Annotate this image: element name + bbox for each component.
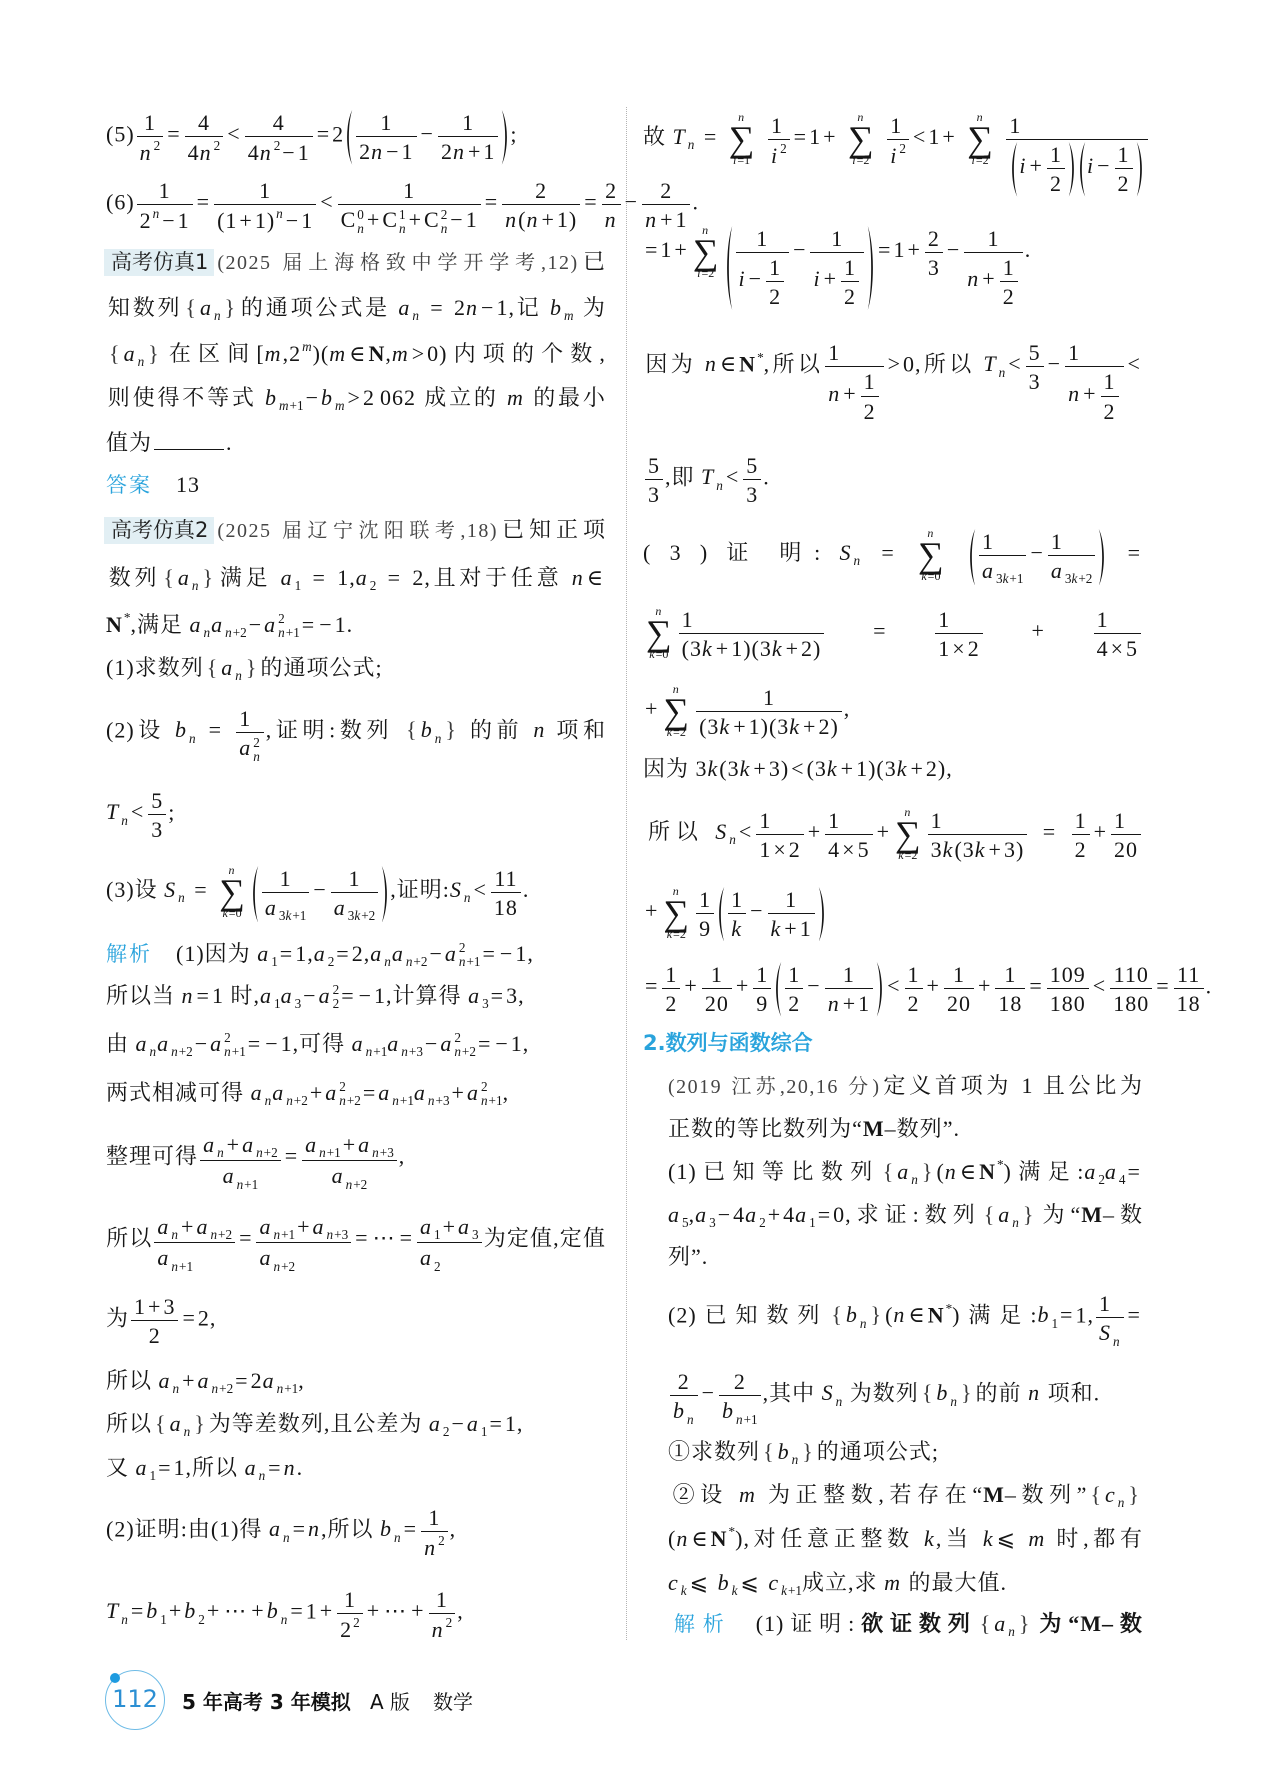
- numerator: 1: [861, 369, 879, 396]
- math-variable: b: [184, 1598, 197, 1623]
- math-variable: a: [1051, 558, 1064, 583]
- numerator: 1+3: [131, 1294, 178, 1321]
- math-variable: n: [392, 1093, 400, 1108]
- math-variable: m: [265, 341, 283, 366]
- right-brace: }: [1023, 1202, 1035, 1227]
- inequality-item-6: (6)12n−1=1(1+1)n−1<1C0n+C1n+C2n−1=2n(n+1…: [106, 178, 699, 235]
- numerator: 1: [356, 110, 416, 137]
- subscript: n+1: [171, 1259, 193, 1274]
- math-variable: n: [533, 717, 546, 742]
- subscript: n: [1008, 1624, 1016, 1639]
- math-operator: −: [282, 140, 295, 165]
- math-variable: a: [124, 341, 137, 366]
- math-operator: =: [673, 725, 680, 739]
- math-variable: n: [357, 221, 365, 236]
- math-operator: >: [348, 385, 361, 410]
- left-paren-icon: [774, 962, 782, 1017]
- superscript: 2: [438, 1533, 445, 1548]
- denominator: a3k+2: [331, 892, 378, 922]
- math-variable: n: [286, 1093, 294, 1108]
- superscript: 2: [454, 1031, 476, 1045]
- math-variable: k: [789, 714, 801, 739]
- math-variable: S: [715, 819, 728, 844]
- math-variable: a: [378, 1080, 391, 1105]
- math-variable: b: [722, 1398, 735, 1423]
- math-variable: n: [836, 1394, 844, 1409]
- math-operator: +: [353, 1177, 360, 1192]
- numerator: 2: [925, 226, 943, 253]
- solution-line: n∑k=01(3k+1)(3k+2) = 11×2 + 14×5: [643, 605, 1143, 661]
- lower-limit: k=0: [921, 570, 940, 583]
- math-variable: a: [332, 1163, 345, 1188]
- subscript: k: [681, 1583, 688, 1598]
- math-operator: +: [182, 1368, 195, 1393]
- superscript: 2: [339, 1080, 361, 1094]
- fraction: an+1+an+3an+2: [256, 1214, 351, 1273]
- lower-limit: i=1: [733, 154, 750, 167]
- left-paren-icon: [717, 887, 725, 942]
- math-operator: ×: [1111, 636, 1124, 661]
- fraction: 1n+12: [1065, 340, 1123, 424]
- sigma-icon: ∑: [693, 237, 719, 267]
- fraction: 11×2: [756, 808, 803, 863]
- denominator: 3: [1026, 367, 1044, 395]
- math-operator: =: [167, 121, 180, 146]
- math-variable: b: [265, 385, 278, 410]
- script-stack: 0n: [357, 208, 365, 236]
- math-variable: a: [157, 1245, 170, 1270]
- superscript: 2: [274, 138, 281, 153]
- numerator: 5: [743, 453, 761, 480]
- math-operator: +: [361, 908, 368, 923]
- example-line: ck⩽ bk⩽ ck+1成立,求 m 的最大值.: [668, 1570, 1007, 1597]
- math-variable: n: [327, 1227, 335, 1242]
- math-operator: =: [302, 612, 315, 637]
- denominator: an+1: [154, 1243, 235, 1273]
- numerator: 1: [964, 226, 1022, 253]
- math-variable: n: [453, 139, 466, 164]
- denominator: 20: [944, 989, 974, 1017]
- subscript: n: [214, 308, 222, 323]
- math-variable: n: [225, 625, 233, 640]
- math-variable: n: [212, 1381, 220, 1396]
- subscript: m+1: [279, 398, 304, 413]
- lower-limit: i=2: [972, 154, 989, 167]
- problem-2-part-1: (1)求数列{an}的通项公式;: [106, 655, 383, 682]
- parenthesized-group: 1a3k+1−1a3k+2: [251, 866, 389, 923]
- subscript: n+2: [212, 1381, 234, 1396]
- math-operator: +: [169, 1598, 182, 1623]
- math-operator: =: [235, 1368, 248, 1393]
- math-operator: +: [297, 1214, 310, 1239]
- math-variable: a: [200, 295, 213, 320]
- section-heading: 2.数列与函数综合: [643, 1031, 813, 1055]
- denominator: Sn: [1096, 1318, 1124, 1348]
- lower-limit: i=2: [697, 267, 714, 280]
- math-operator: =: [584, 189, 597, 214]
- math-operator: +: [294, 1093, 301, 1108]
- denominator: 22: [337, 1614, 363, 1643]
- math-operator: −: [421, 121, 434, 146]
- numerator: 1: [696, 887, 714, 914]
- math-operator: +: [808, 819, 821, 844]
- denominator: 4n2−1: [245, 137, 313, 166]
- denominator: 3k(3k+3): [928, 834, 1028, 862]
- fraction: 12: [1072, 808, 1090, 863]
- math-variable: a: [159, 1368, 172, 1393]
- numerator: 1: [841, 255, 859, 282]
- numerator: 1: [825, 340, 883, 367]
- math-variable: k: [975, 837, 987, 862]
- lower-limit: k=0: [222, 907, 241, 920]
- math-variable: k: [732, 1583, 739, 1598]
- math-operator: +: [251, 1598, 264, 1623]
- denominator: 2n−1: [137, 205, 193, 234]
- denominator: bn: [670, 1396, 698, 1426]
- math-variable: n: [256, 1145, 264, 1160]
- right-brace: }: [961, 1380, 973, 1405]
- subscript: 1: [1051, 1316, 1058, 1331]
- math-variable: n: [1028, 1380, 1041, 1405]
- left-paren-icon: [725, 226, 733, 310]
- fraction: 120: [1111, 808, 1141, 863]
- superscript: 2: [278, 612, 300, 626]
- math-operator: ∈: [691, 1526, 708, 1551]
- math-variable: b: [380, 1516, 393, 1541]
- superscript: n: [276, 206, 284, 221]
- math-operator: +: [380, 1145, 387, 1160]
- math-operator: <: [1008, 351, 1021, 376]
- fraction: 12n+1: [438, 110, 498, 165]
- math-variable: k: [772, 636, 784, 661]
- math-operator: =: [478, 1031, 491, 1056]
- fraction: 1n2: [137, 110, 164, 165]
- math-operator: =: [645, 973, 658, 998]
- sigma-icon: ∑: [663, 696, 689, 726]
- math-operator: −: [1097, 153, 1110, 178]
- math-variable: m: [302, 339, 313, 354]
- math-variable: n: [911, 1172, 919, 1187]
- superscript: *: [729, 1524, 736, 1539]
- denominator: C0n+C1n+C2n−1: [338, 205, 481, 236]
- math-variable: m: [392, 341, 410, 366]
- right-paren-icon: [867, 226, 875, 310]
- fraction: 1Sn: [1096, 1291, 1124, 1348]
- math-variable: a: [319, 983, 332, 1008]
- math-operator: +: [674, 237, 687, 262]
- math-operator: −: [429, 941, 442, 966]
- math-variable: n: [192, 578, 200, 593]
- math-operator: +: [290, 398, 297, 413]
- math-operator: +: [753, 756, 766, 781]
- problem-1-text: 已: [579, 249, 606, 274]
- math-variable: a: [221, 655, 234, 680]
- subscript: n: [192, 578, 200, 593]
- left-paren-icon: [1010, 142, 1018, 197]
- fraction: 12n−1: [137, 178, 193, 233]
- math-operator: =: [317, 121, 330, 146]
- right-paren-icon: [818, 887, 826, 942]
- denominator: 2: [766, 282, 784, 310]
- math-operator: +: [264, 1145, 271, 1160]
- math-operator: +: [541, 207, 554, 232]
- numerator: 1: [728, 887, 746, 914]
- math-operator: −: [313, 877, 326, 902]
- math-variable: a: [157, 1214, 170, 1239]
- math-operator: +: [489, 1093, 496, 1108]
- subscript: n+2: [346, 1177, 368, 1192]
- math-variable: m: [507, 385, 525, 410]
- math-operator: =: [248, 1031, 261, 1056]
- math-variable: n: [184, 1424, 192, 1439]
- fraction: 19: [696, 887, 714, 942]
- subscript: n: [1118, 1495, 1126, 1510]
- math-operator: =: [491, 983, 504, 1008]
- fraction: 12: [861, 369, 879, 424]
- example-text: 定义首项为 1 且公比为: [881, 1073, 1143, 1098]
- math-operator: +: [347, 1093, 354, 1108]
- math-operator: −: [793, 237, 806, 262]
- fraction: a1+a3a2: [417, 1214, 482, 1273]
- problem-2-line: N*,满足 anan+2−a2n+1=−1.: [106, 611, 353, 640]
- math-variable: n: [281, 1612, 289, 1627]
- math-variable: n: [189, 731, 197, 746]
- numerator: 1: [944, 962, 974, 989]
- math-variable: n: [945, 1159, 958, 1184]
- math-variable: m: [884, 1570, 902, 1595]
- example-header: (2019 江苏,20,16 分)定义首项为 1 且公比为: [668, 1073, 1143, 1099]
- math-variable: T: [983, 351, 997, 376]
- numerator: 2: [502, 178, 580, 205]
- solution-line: =12+120+1912−1n+1<12+120+118=109180<1101…: [643, 962, 1212, 1017]
- denominator: 2: [785, 989, 803, 1017]
- script-stack: 2n+1: [278, 612, 300, 640]
- math-operator: +: [413, 954, 420, 969]
- numerator: 1: [756, 808, 803, 835]
- math-operator: +: [841, 756, 854, 781]
- denominator: 1×2: [756, 834, 803, 862]
- fraction: 1i2: [768, 113, 790, 168]
- superscript: 2: [353, 1615, 360, 1630]
- subscript: n: [399, 222, 407, 236]
- math-variable: n: [428, 1093, 436, 1108]
- math-operator: +: [788, 1583, 795, 1598]
- fraction: 1a3k+2: [331, 866, 378, 923]
- right-brace: }: [1128, 1482, 1140, 1507]
- subscript: 2: [328, 954, 335, 969]
- math-variable: a: [305, 1132, 318, 1157]
- superscript: 2: [446, 1615, 453, 1630]
- numerator: 1: [1096, 1291, 1124, 1318]
- fraction: 1k: [728, 887, 746, 942]
- math-variable: n: [276, 206, 284, 221]
- left-brace: {: [406, 717, 418, 742]
- problem-1-line: 知数列{an}的通项公式是 an = 2n−1,记 bm 为: [106, 295, 606, 322]
- math-variable: b: [846, 1302, 859, 1327]
- subscript: n+1: [224, 1045, 246, 1059]
- math-variable: a: [420, 1245, 433, 1270]
- subscript: 2: [759, 1215, 766, 1230]
- right-paren-icon: [1068, 142, 1076, 197]
- fraction: 1(3k+1)(3k+2): [696, 685, 842, 740]
- fraction: 12: [785, 962, 803, 1017]
- math-variable: n: [1068, 381, 1081, 406]
- numerator: 1: [1065, 340, 1123, 367]
- problem-1-line: {an}在区间[m,2m)(m∈N,m>0)内项的个数,: [106, 340, 606, 368]
- math-operator: <: [887, 973, 900, 998]
- summation: n∑i=2: [967, 111, 993, 167]
- math-variable: a: [198, 1368, 211, 1393]
- ellipsis: ⋯: [373, 1225, 396, 1250]
- example-line: 列”.: [668, 1244, 708, 1270]
- math-operator: =: [673, 927, 680, 941]
- math-operator: +: [645, 898, 658, 923]
- math-variable: n: [481, 1093, 489, 1108]
- denominator: 1×2: [935, 633, 982, 661]
- numerator: 1: [331, 866, 378, 893]
- fraction: 53: [1026, 340, 1044, 395]
- math-variable: n: [505, 207, 518, 232]
- math-variable: S: [1099, 1320, 1112, 1345]
- subscript: 3k+2: [1065, 571, 1092, 586]
- math-operator: =: [158, 1455, 171, 1480]
- math-operator: +: [284, 1381, 291, 1396]
- math-variable: a: [420, 1214, 433, 1239]
- subscript: n+1: [237, 1177, 259, 1192]
- math-operator: =: [194, 877, 207, 902]
- right-brace: }: [202, 565, 214, 590]
- script-stack: 1n: [399, 208, 407, 236]
- math-variable: b: [146, 1598, 159, 1623]
- denominator: (3k+1)(3k+2): [679, 633, 825, 661]
- subscript: n: [836, 1394, 844, 1409]
- math-operator: ∈: [960, 1159, 977, 1184]
- answer-label: 答案: [106, 473, 152, 497]
- math-variable: n: [278, 625, 286, 640]
- bold-text: M: [983, 1482, 1005, 1507]
- math-variable: n: [860, 1316, 868, 1331]
- math-operator: =: [976, 153, 983, 167]
- math-operator: −: [750, 898, 763, 923]
- math-operator: +: [409, 207, 422, 232]
- numerator: 1: [825, 808, 872, 835]
- denominator: 18: [1174, 989, 1204, 1017]
- numerator: 5: [1026, 340, 1044, 367]
- ellipsis: ⋯: [384, 1598, 407, 1623]
- denominator: 2: [1115, 169, 1133, 197]
- summation: n∑i=2: [693, 224, 719, 280]
- math-variable: n: [1008, 1624, 1016, 1639]
- math-variable: n: [253, 749, 261, 764]
- math-variable: a: [196, 1214, 209, 1239]
- math-operator: −: [749, 266, 762, 291]
- math-operator: −: [306, 385, 319, 410]
- math-operator: +: [784, 916, 797, 941]
- math-variable: a: [358, 1132, 371, 1157]
- math-operator: ∈: [349, 341, 366, 366]
- summation: n∑k=0: [646, 605, 672, 661]
- denominator: k: [728, 913, 746, 941]
- subscript: 3: [482, 996, 489, 1011]
- math-operator: +: [409, 1044, 416, 1059]
- math-variable: n: [384, 954, 392, 969]
- fraction: 12: [662, 962, 680, 1017]
- numerator: 1: [338, 178, 481, 205]
- math-operator: −: [265, 1031, 278, 1056]
- solution-line: 解析(1)因为 a1=1,a2=2,anan+2−a2n+1=−1,: [106, 941, 534, 969]
- problem-2-header: 高考仿真2(2025 届辽宁沈阳联考,18)已知正项: [106, 517, 606, 544]
- math-variable: a: [982, 558, 995, 583]
- solution-line: 所以 an+an+2=2an+1,: [106, 1368, 305, 1395]
- numerator: 5: [645, 453, 663, 480]
- math-variable: a: [269, 1516, 282, 1541]
- math-variable: a: [239, 735, 252, 760]
- denominator: an+1: [200, 1161, 281, 1191]
- math-variable: b: [718, 1570, 731, 1595]
- math-variable: n: [171, 1259, 179, 1274]
- page-number-badge: 112: [105, 1670, 165, 1730]
- math-operator: +: [373, 1044, 380, 1059]
- numerator: 1: [995, 962, 1025, 989]
- subscript: n+1: [481, 1094, 503, 1108]
- math-operator: =: [905, 848, 912, 862]
- fraction: an+1+an+3an+2: [302, 1132, 397, 1191]
- numerator: an+1+an+3: [302, 1132, 397, 1161]
- math-variable: n: [688, 137, 696, 152]
- subscript: n+2: [406, 954, 428, 969]
- left-paren-icon: [251, 866, 259, 923]
- answer-value: 13: [176, 472, 200, 497]
- math-variable: m: [279, 398, 290, 413]
- fraction: 19: [753, 962, 771, 1017]
- superscript: 2: [441, 208, 449, 222]
- solution-line: 又 a1=1,所以 an=n.: [106, 1455, 303, 1482]
- subscript: n+1: [392, 1093, 414, 1108]
- math-operator: =: [1156, 973, 1169, 998]
- math-operator: +: [716, 636, 729, 661]
- numerator: 2: [719, 1369, 761, 1396]
- left-brace: {: [207, 655, 219, 680]
- math-variable: n: [432, 1617, 445, 1642]
- summation: n∑k=2: [663, 885, 689, 941]
- problem-2-text: 已知正项: [498, 517, 606, 542]
- fraction: an+an+2an+1: [200, 1132, 281, 1191]
- math-variable: b: [267, 1598, 280, 1623]
- subscript: 1: [150, 1468, 157, 1483]
- math-variable: n: [372, 1145, 380, 1160]
- subscript: n: [688, 137, 696, 152]
- denominator: 3: [645, 480, 663, 508]
- math-variable: n: [273, 1227, 281, 1242]
- math-variable: a: [157, 1031, 170, 1056]
- page-number: 112: [106, 1685, 164, 1713]
- subscript: k+1: [781, 1583, 802, 1598]
- math-operator: +: [227, 1132, 240, 1157]
- right-brace: }: [225, 295, 237, 320]
- math-variable: n: [950, 1394, 958, 1409]
- denominator: 2: [662, 989, 680, 1017]
- fraction: 1i+12: [810, 226, 864, 310]
- math-variable: k: [702, 636, 714, 661]
- solution-line: 所以 Sn<11×2+14×5+n∑k=213k(3k+3) = 12+120: [643, 806, 1143, 862]
- math-variable: a: [314, 941, 327, 966]
- subject-label: 数学: [433, 1690, 473, 1714]
- math-variable: n: [138, 354, 146, 369]
- math-operator: +: [148, 1294, 161, 1319]
- math-variable: n: [687, 1412, 695, 1427]
- denominator: 4×5: [1094, 633, 1141, 661]
- solution-line: 所以an+an+2an+1=an+1+an+3an+2=⋯=a1+a3a2为定值…: [106, 1214, 606, 1273]
